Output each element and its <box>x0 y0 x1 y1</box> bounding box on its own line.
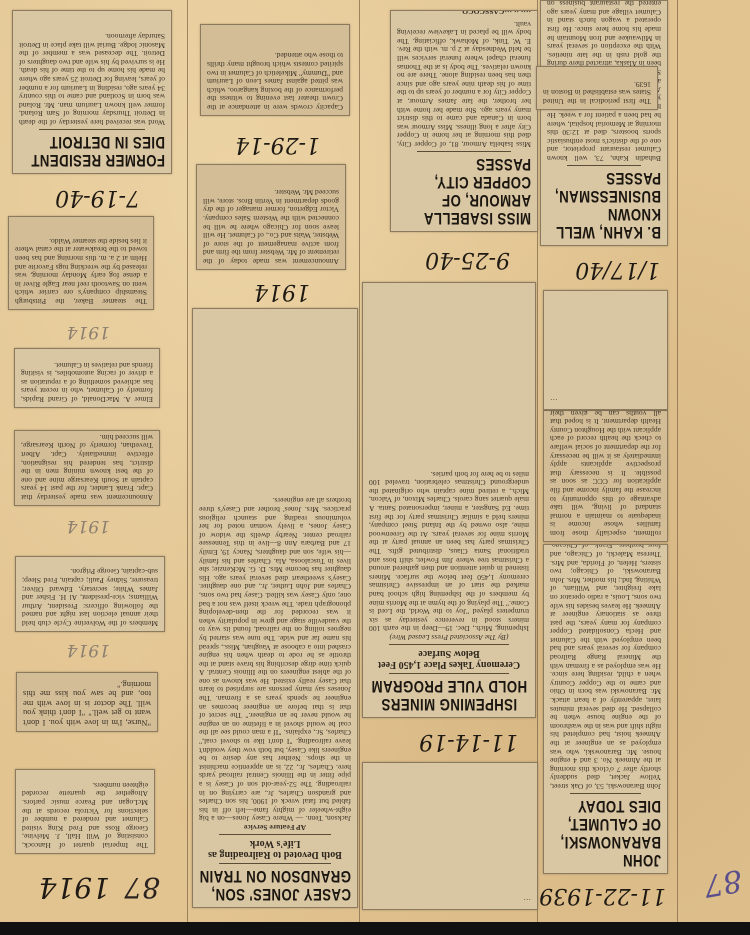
date-lander: 1914 <box>67 516 110 536</box>
article-body: The first periodical in the United State… <box>543 79 651 105</box>
article-body: Announcement was made yesterday that Cap… <box>21 432 153 501</box>
clipping-lander: Announcement was made yesterday that Cap… <box>14 430 160 506</box>
clipping-baranowski: John Baranowski, of Calumet, Dies Today … <box>543 544 668 874</box>
headline: Ishpeming Miners Hold Yule Program <box>369 677 529 713</box>
date-kahn: 1/17/40 <box>575 257 660 282</box>
clipping-ishpeming: Ishpeming Miners Hold Yule Program Cerem… <box>362 282 536 718</box>
date-baranowski: 11-22-1939 <box>539 883 666 908</box>
date-webster: 1914 <box>254 279 310 304</box>
clipping-armour: Miss Isabella Armour, Of Copper City, Pa… <box>390 10 538 232</box>
clipping-quartet: The Imperial quartet of Hancock, consist… <box>15 769 155 854</box>
article-body: Jackson, Tenn. — Where Casey Jones—on a … <box>199 496 351 823</box>
clipping-casey-jones: Casey Jones' Son, Grandson On Train Both… <box>192 308 358 908</box>
date-wolverine: 1914 <box>67 640 110 660</box>
subheadline: Both Devoted to Railroading as Life's Wo… <box>199 838 351 860</box>
article-body: The steamer Baker, the Pittsburgh Steams… <box>15 236 147 305</box>
scrapbook-page: 87 87 1914 11-22-1939 John Baranowski, o… <box>0 0 750 935</box>
article-body: Members of the Wolverine Cycle club held… <box>22 567 158 627</box>
byline: (By The Associated Press Leased Wire) <box>369 632 529 641</box>
clipping-steamer-baker: The steamer Baker, the Pittsburgh Steams… <box>8 216 154 310</box>
date-armour: 9-25-40 <box>425 247 510 272</box>
clipping-crown-theater: Capacity crowds were in attendance at th… <box>200 24 350 116</box>
subheadline: Ceremony Takes Place 1,450 Feet Below Su… <box>369 648 529 670</box>
headline: Miss Isabella Armour, Of Copper City, Pa… <box>397 155 531 227</box>
clipping-webster: Announcement was made today of the retir… <box>196 164 346 270</box>
article-body: Announcement was made today of the retir… <box>203 188 339 265</box>
date-former-resident: 7-19-40 <box>55 185 140 210</box>
headline: B. Kahn, Well Known Businessman, Passes <box>547 169 661 241</box>
headline: Former Resident Dies In Detroit <box>19 133 165 169</box>
column-divider <box>187 0 188 922</box>
date-ishpeming: 11-14-19 <box>419 729 518 754</box>
continued-text: … <box>369 896 531 905</box>
year-handwritten: 1914 <box>39 871 110 904</box>
article-body: John Baranowski, 53, of Oak street, Yell… <box>550 544 661 790</box>
rotated-page-content: 87 87 1914 11-22-1939 John Baranowski, o… <box>0 0 750 922</box>
continued-text: … <box>550 396 661 405</box>
page-number-handwritten: 87 <box>124 871 160 904</box>
date-crown: 1-29-14 <box>235 132 320 157</box>
clipping-baranowski-cont: … <box>362 762 538 910</box>
article-body: Word was received here yesterday of the … <box>19 31 165 126</box>
clipping-former-resident: Former Resident Dies In Detroit Word was… <box>12 10 172 174</box>
headline: Casey Jones' Son, Grandson On Train <box>199 867 351 903</box>
clipping-nurse-joke: "Nurse, I'm in love with you. I don't wa… <box>16 672 158 732</box>
clipping-ccc: rollment, especially those from families… <box>543 410 668 542</box>
headline: John Baranowski, of Calumet, Dies Today <box>550 797 661 869</box>
page-number-ink: 87 <box>701 862 745 903</box>
clipping-wolverine: Members of the Wolverine Cycle club held… <box>15 556 165 632</box>
column-divider <box>359 0 360 922</box>
clipping-periodical: The first periodical in the United State… <box>536 66 658 110</box>
date-steamer: 1914 <box>67 322 110 342</box>
scan-edge <box>0 922 750 935</box>
clipping-kahn: B. Kahn, Well Known Businessman, Passes … <box>540 0 668 246</box>
clipping-kahn-head: … <box>543 290 668 410</box>
article-body: rollment, especially those from families… <box>550 410 661 537</box>
article-body: The Imperial quartet of Hancock, consist… <box>22 780 148 849</box>
article-body: "Nurse, I'm in love with you. I don't wa… <box>23 679 151 727</box>
article-body: Capacity crowds were in attendance at th… <box>207 51 343 111</box>
column-divider <box>677 0 678 922</box>
article-body: Miss Isabella Armour, 81, of Copper City… <box>397 19 531 148</box>
clipping-macdonald: Elmer A. MacDonald, of Grand Rapids, for… <box>14 348 160 408</box>
byline: AP Feature Service <box>199 822 351 831</box>
caption: ···· ·· ···CASSCOCO <box>397 10 531 15</box>
article-body: Elmer A. MacDonald, of Grand Rapids, for… <box>21 360 153 403</box>
article-body: Ishpeming, Mich., Dec. 19—Deep in the ea… <box>369 469 529 632</box>
